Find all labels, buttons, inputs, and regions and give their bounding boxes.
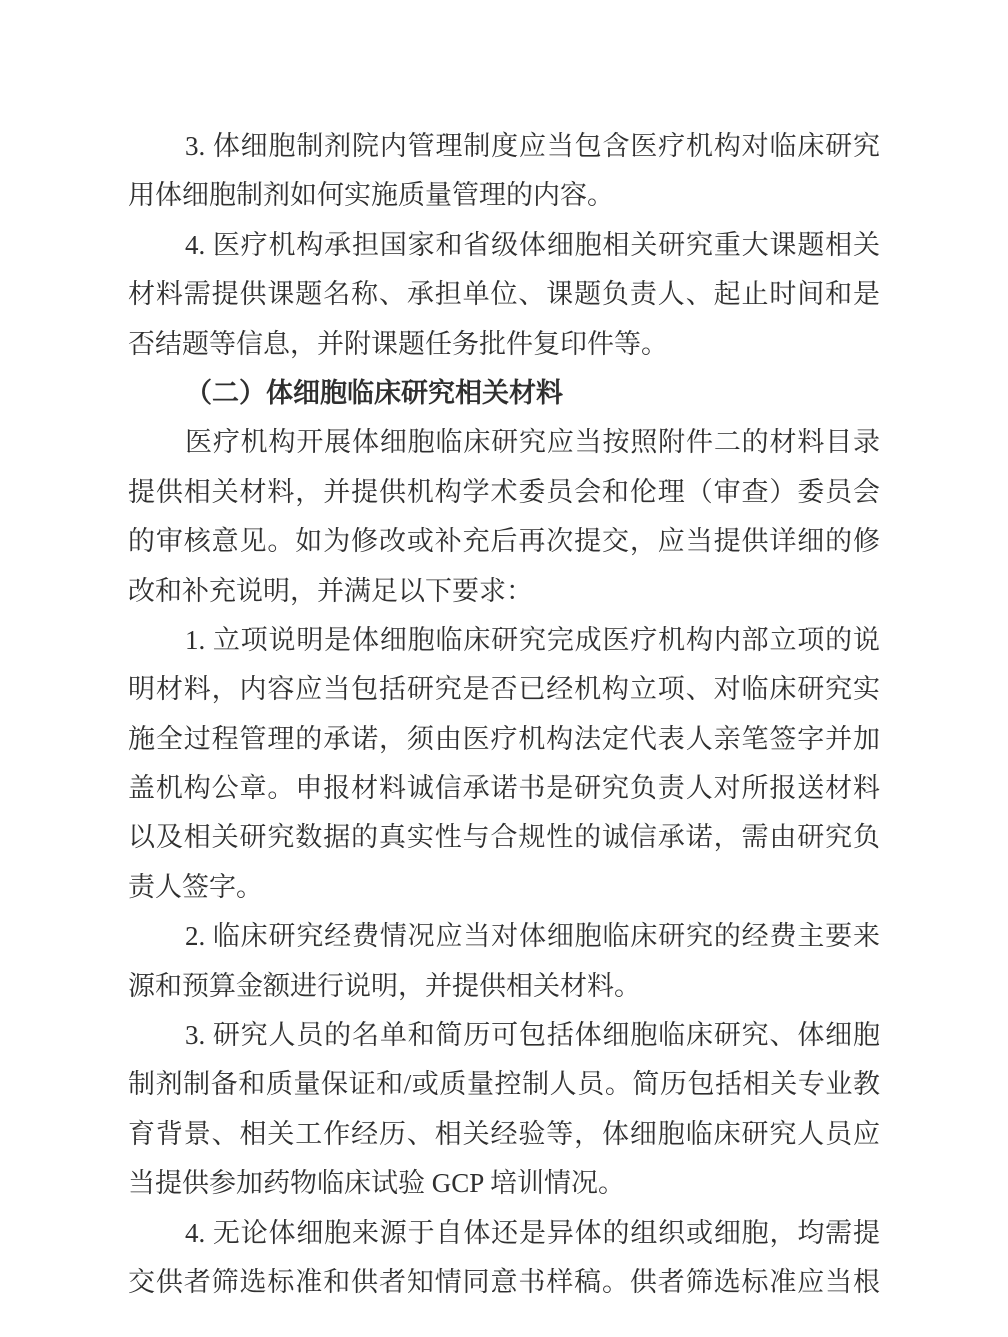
text-line: 1. 立项说明是体细胞临床研究完成医疗机构内部立项的说 [128,616,880,665]
paragraph-item-4b: 4. 无论体细胞来源于自体还是异体的组织或细胞，均需提 交供者筛选标准和供者知情… [128,1209,880,1308]
text-line: 源和预算金额进行说明，并提供相关材料。 [128,962,880,1011]
paragraph-item-1: 1. 立项说明是体细胞临床研究完成医疗机构内部立项的说 明材料，内容应当包括研究… [128,616,880,912]
text-line: 明材料，内容应当包括研究是否已经机构立项、对临床研究实 [128,665,880,714]
paragraph-item-2: 2. 临床研究经费情况应当对体细胞临床研究的经费主要来 源和预算金额进行说明，并… [128,912,880,1011]
paragraph-item-3: 3. 体细胞制剂院内管理制度应当包含医疗机构对临床研究 用体细胞制剂如何实施质量… [128,122,880,221]
text-line: 责人签字。 [128,863,880,912]
text-line: 医疗机构开展体细胞临床研究应当按照附件二的材料目录 [128,418,880,467]
section-heading-block: （二）体细胞临床研究相关材料 [128,369,880,418]
text-line: 施全过程管理的承诺，须由医疗机构法定代表人亲笔签字并加 [128,715,880,764]
text-line: 盖机构公章。申报材料诚信承诺书是研究负责人对所报送材料 [128,764,880,813]
paragraph-item-4: 4. 医疗机构承担国家和省级体细胞相关研究重大课题相关 材料需提供课题名称、承担… [128,221,880,369]
text-line: 以及相关研究数据的真实性与合规性的诚信承诺，需由研究负 [128,813,880,862]
document-page: 3. 体细胞制剂院内管理制度应当包含医疗机构对临床研究 用体细胞制剂如何实施质量… [0,0,1008,1337]
text-line: 用体细胞制剂如何实施质量管理的内容。 [128,171,880,220]
section-heading: （二）体细胞临床研究相关材料 [128,369,880,418]
text-line: 4. 无论体细胞来源于自体还是异体的组织或细胞，均需提 [128,1209,880,1258]
text-line: 的审核意见。如为修改或补充后再次提交，应当提供详细的修 [128,517,880,566]
text-line: 交供者筛选标准和供者知情同意书样稿。供者筛选标准应当根 [128,1258,880,1307]
text-line: 否结题等信息，并附课题任务批件复印件等。 [128,320,880,369]
text-line: 4. 医疗机构承担国家和省级体细胞相关研究重大课题相关 [128,221,880,270]
paragraph-intro: 医疗机构开展体细胞临床研究应当按照附件二的材料目录 提供相关材料，并提供机构学术… [128,418,880,616]
text-line: 3. 研究人员的名单和简历可包括体细胞临床研究、体细胞 [128,1011,880,1060]
text-line: 材料需提供课题名称、承担单位、课题负责人、起止时间和是 [128,270,880,319]
text-line: 育背景、相关工作经历、相关经验等，体细胞临床研究人员应 [128,1110,880,1159]
text-line: 制剂制备和质量保证和/或质量控制人员。简历包括相关专业教 [128,1060,880,1109]
text-line: 改和补充说明，并满足以下要求： [128,567,880,616]
text-line: 提供相关材料，并提供机构学术委员会和伦理（审查）委员会 [128,468,880,517]
text-line: 2. 临床研究经费情况应当对体细胞临床研究的经费主要来 [128,912,880,961]
text-line: 当提供参加药物临床试验 GCP 培训情况。 [128,1159,880,1208]
paragraph-item-3b: 3. 研究人员的名单和简历可包括体细胞临床研究、体细胞 制剂制备和质量保证和/或… [128,1011,880,1209]
text-line: 3. 体细胞制剂院内管理制度应当包含医疗机构对临床研究 [128,122,880,171]
